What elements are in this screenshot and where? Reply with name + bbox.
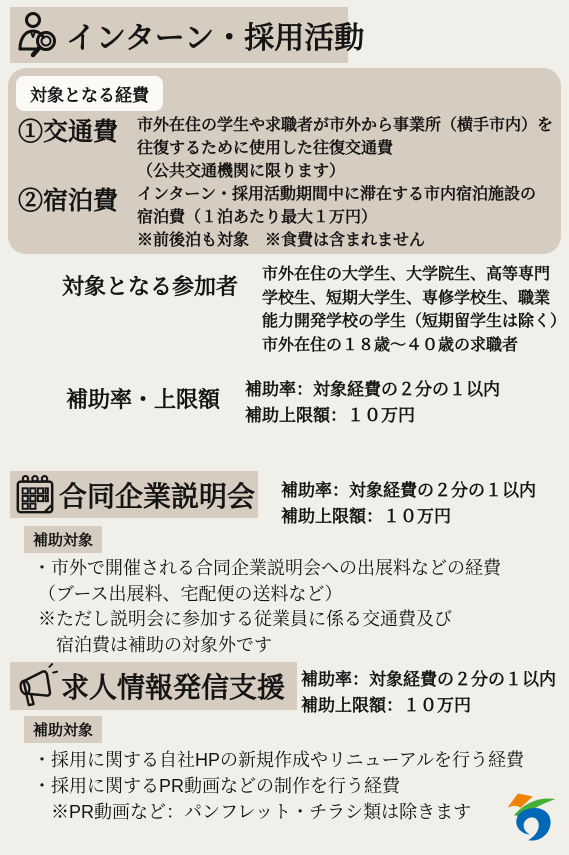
subsidy-rate-label: 補助率・上限額 [66, 383, 220, 414]
joint-session-target-label: 補助対象 [24, 526, 102, 553]
participants-description: 市外在住の大学生、大学院生、高等専門 学校生、短期大学生、専修学校生、職業 能力… [262, 263, 566, 357]
expense-1-name: ①交通費 [18, 112, 118, 148]
participants-label: 対象となる参加者 [62, 270, 238, 301]
expense-1-description: 市外在住の学生や求職者が市外から事業所（横手市内）を 往復するために使用した往復… [137, 114, 553, 183]
main-section-header: インターン・採用活動 [10, 7, 348, 63]
subsidy-rate-description: 補助率：対象経費の２分の１以内 補助上限額：１０万円 [245, 377, 500, 429]
job-info-target-label: 補助対象 [24, 716, 102, 743]
job-info-title: 求人情報発信支援 [61, 666, 285, 706]
joint-session-title: 合同企業説明会 [59, 475, 255, 515]
job-info-bullets: ・採用に関する自社HPの新規作成やリニューアルを行う経費 ・採用に関するPR動画… [33, 747, 524, 825]
joint-session-header: 合同企業説明会 [10, 471, 258, 518]
megaphone-icon [14, 662, 58, 710]
joint-session-bullets: ・市外で開催される合同企業説明会への出展料などの経費 （ブース出展料、宅配便の送… [33, 556, 501, 658]
joint-session-rate: 補助率：対象経費の２分の１以内 補助上限額：１０万円 [281, 478, 536, 530]
job-info-rate: 補助率：対象経費の２分の１以内 補助上限額：１０万円 [301, 667, 556, 719]
flyer-page: インターン・採用活動 対象となる経費 ①交通費 市外在住の学生や求職者が市外から… [0, 0, 569, 855]
calendar-icon [14, 473, 56, 517]
eligible-expenses-panel: 対象となる経費 ①交通費 市外在住の学生や求職者が市外から事業所（横手市内）を … [8, 68, 561, 254]
page-title: インターン・採用活動 [66, 13, 364, 57]
expense-2-name: ②宿泊費 [18, 181, 118, 217]
yokote-city-logo [502, 787, 558, 850]
expense-2-description: インターン・採用活動期間中に滞在する市内宿泊施設の 宿泊費（１泊あたり最大１万円… [137, 183, 536, 252]
job-info-header: 求人情報発信支援 [10, 662, 297, 710]
person-search-icon [16, 10, 64, 60]
eligible-expenses-label: 対象となる経費 [16, 76, 163, 111]
